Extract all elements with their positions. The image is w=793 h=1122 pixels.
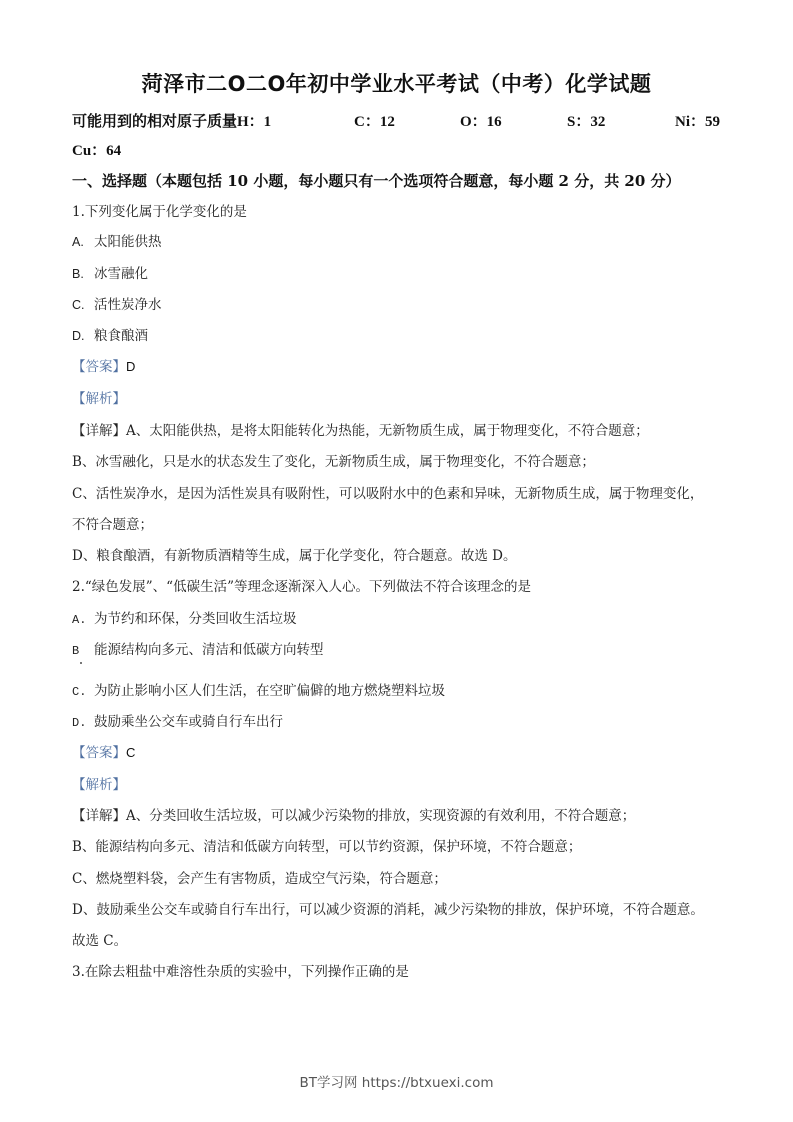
option-letter: B. — [72, 265, 94, 283]
option-text: 能源结构向多元、清洁和低碳方向转型 — [94, 642, 324, 658]
mass-o: O：16 — [460, 110, 502, 131]
answer-value: D — [126, 359, 135, 374]
detail-line: 不符合题意； — [72, 516, 153, 534]
footer-watermark: BT学习网 https://btxuexi.com — [0, 1071, 793, 1091]
option-text: 鼓励乘坐公交车或骑自行车出行 — [94, 714, 283, 730]
option-b: B.冰雪融化 — [72, 265, 148, 283]
option-letter: D. — [72, 327, 94, 345]
answer-line: 【答案】C — [72, 744, 135, 762]
detail-label: 【详解】 — [72, 423, 126, 439]
detail-line: B、冰雪融化，只是水的状态发生了变化，无新物质生成，属于物理变化，不符合题意； — [72, 453, 595, 471]
mass-cu: Cu：64 — [72, 139, 121, 160]
page-title: 菏泽市二O二O年初中学业水平考试（中考）化学试题 — [0, 68, 793, 98]
option-d: D.鼓励乘坐公交车或骑自行车出行 — [72, 713, 283, 732]
section-heading: 一、选择题（本题包括 10 小题，每小题只有一个选项符合题意，每小题 2 分，共… — [72, 172, 681, 190]
option-text: 为防止影响小区人们生活，在空旷偏僻的地方燃烧塑料垃圾 — [94, 683, 445, 699]
option-letter: B — [72, 642, 94, 660]
mass-h: H：1 — [237, 114, 271, 130]
option-b: B能源结构向多元、清洁和低碳方向转型 — [72, 641, 324, 660]
option-letter: A. — [72, 233, 94, 251]
detail-line: B、能源结构向多元、清洁和低碳方向转型，可以节约资源，保护环境，不符合题意； — [72, 838, 581, 856]
option-text: 冰雪融化 — [94, 266, 148, 282]
detail-line: C、燃烧塑料袋，会产生有害物质，造成空气污染，符合题意； — [72, 870, 447, 888]
option-letter: C. — [72, 683, 94, 701]
option-letter: A. — [72, 611, 94, 629]
mass-ni: Ni：59 — [675, 110, 720, 131]
detail-text: A、分类回收生活垃圾，可以减少污染物的排放，实现资源的有效利用，不符合题意； — [126, 808, 635, 824]
option-c: C.为防止影响小区人们生活，在空旷偏僻的地方燃烧塑料垃圾 — [72, 682, 445, 701]
atomic-masses-label: 可能用到的相对原子质量H：1 — [72, 110, 271, 131]
analysis-label: 【解析】 — [72, 390, 126, 408]
mass-c: C：12 — [354, 110, 395, 131]
atomic-masses-label-text: 可能用到的相对原子质量 — [72, 114, 237, 130]
detail-line: 故选 C。 — [72, 932, 127, 950]
answer-label: 【答案】 — [72, 745, 126, 761]
option-a: A.为节约和环保，分类回收生活垃圾 — [72, 610, 297, 629]
detail-line: 【详解】A、分类回收生活垃圾，可以减少污染物的排放，实现资源的有效利用，不符合题… — [72, 807, 635, 825]
option-text: 太阳能供热 — [94, 234, 162, 250]
option-text: 活性炭净水 — [94, 297, 162, 313]
option-d: D.粮食酿酒 — [72, 327, 148, 345]
answer-label: 【答案】 — [72, 359, 126, 375]
detail-text: A、太阳能供热，是将太阳能转化为热能，无新物质生成，属于物理变化，不符合题意； — [126, 423, 649, 439]
answer-line: 【答案】D — [72, 358, 135, 376]
detail-line: D、鼓励乘坐公交车或骑自行车出行，可以减少资源的消耗，减少污染物的排放，保护环境… — [72, 901, 704, 919]
option-a: A.太阳能供热 — [72, 233, 162, 251]
detail-line: C、活性炭净水，是因为活性炭具有吸附性，可以吸附水中的色素和异味，无新物质生成，… — [72, 485, 703, 503]
question-stem: 1.下列变化属于化学变化的是 — [72, 203, 247, 221]
question-stem: 3.在除去粗盐中难溶性杂质的实验中，下列操作正确的是 — [72, 963, 409, 981]
stray-dot — [80, 662, 82, 664]
question-stem: 2.“绿色发展”、“低碳生活”等理念逐渐深入人心。下列做法不符合该理念的是 — [72, 578, 531, 596]
option-letter: C. — [72, 296, 94, 314]
mass-s: S：32 — [567, 110, 605, 131]
option-c: C.活性炭净水 — [72, 296, 162, 314]
detail-line: 【详解】A、太阳能供热，是将太阳能转化为热能，无新物质生成，属于物理变化，不符合… — [72, 422, 649, 440]
option-text: 为节约和环保，分类回收生活垃圾 — [94, 611, 297, 627]
option-text: 粮食酿酒 — [94, 328, 148, 344]
analysis-label: 【解析】 — [72, 776, 126, 794]
answer-value: C — [126, 745, 135, 760]
exam-page: 菏泽市二O二O年初中学业水平考试（中考）化学试题 可能用到的相对原子质量H：1 … — [0, 0, 793, 1122]
detail-line: D、粮食酿酒，有新物质酒精等生成，属于化学变化，符合题意。故选 D。 — [72, 547, 516, 565]
detail-label: 【详解】 — [72, 808, 126, 824]
option-letter: D. — [72, 714, 94, 732]
